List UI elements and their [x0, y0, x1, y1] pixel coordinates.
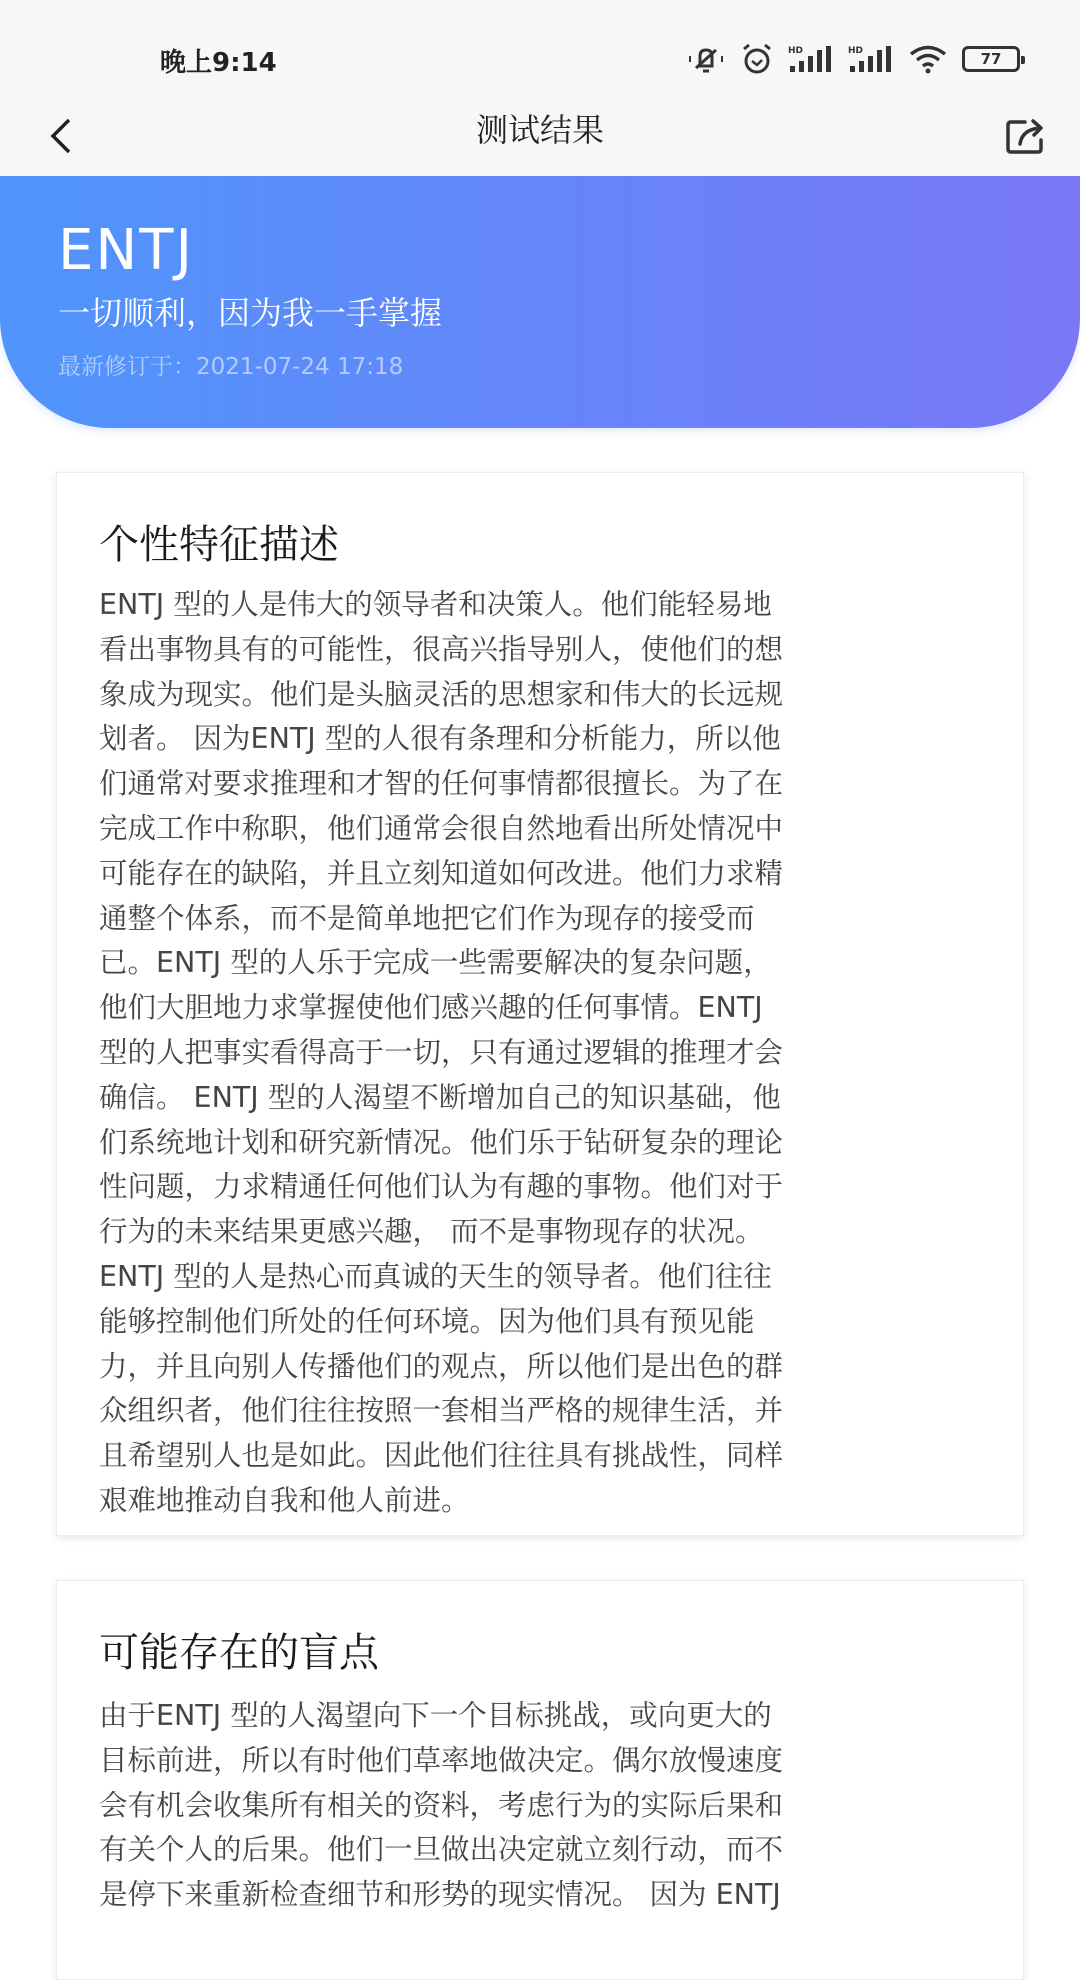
- text-line: 行为的未来结果更感兴趣， 而不是事物现存的状况。: [99, 1210, 989, 1255]
- text-line: 看出事物具有的可能性，很高兴指导别人，使他们的想: [99, 628, 989, 673]
- page-title: 测试结果: [0, 100, 1080, 176]
- text-line: ENTJ 型的人是伟大的领导者和决策人。他们能轻易地: [99, 583, 989, 628]
- text-line: 可能存在的缺陷，并且立刻知道如何改进。他们力求精: [99, 852, 989, 897]
- text-line: 有关个人的后果。他们一旦做出决定就立刻行动，而不: [99, 1828, 989, 1873]
- text-line: 力，并且向别人传播他们的观点，所以他们是出色的群: [99, 1345, 989, 1390]
- battery-icon: 77: [962, 46, 1020, 72]
- section-card-blind-spots: 可能存在的盲点 由于ENTJ 型的人渴望向下一个目标挑战，或向更大的 目标前进，…: [56, 1580, 1024, 1920]
- section-body: 由于ENTJ 型的人渴望向下一个目标挑战，或向更大的 目标前进，所以有时他们草率…: [99, 1694, 989, 1918]
- text-line: 们系统地计划和研究新情况。他们乐于钻研复杂的理论: [99, 1121, 989, 1166]
- share-icon: [1005, 116, 1051, 156]
- text-line: 艰难地推动自我和他人前进。: [99, 1479, 989, 1524]
- last-updated: 最新修订于：2021-07-24 17:18: [58, 348, 403, 381]
- text-line: 们通常对要求推理和才智的任何事情都很擅长。为了在: [99, 762, 989, 807]
- personality-motto: 一切顺利，因为我一手掌握: [58, 288, 442, 334]
- text-line: 由于ENTJ 型的人渴望向下一个目标挑战，或向更大的: [99, 1694, 989, 1739]
- hd-signal-icon-2: HD: [848, 44, 894, 74]
- text-line: 确信。 ENTJ 型的人渴望不断增加自己的知识基础，他: [99, 1076, 989, 1121]
- text-line: 已。ENTJ 型的人乐于完成一些需要解决的复杂问题，: [99, 941, 989, 986]
- text-line: 完成工作中称职，他们通常会很自然地看出所处情况中: [99, 807, 989, 852]
- section-card-traits: 个性特征描述 ENTJ 型的人是伟大的领导者和决策人。他们能轻易地 看出事物具有…: [56, 472, 1024, 1536]
- section-title: 可能存在的盲点: [99, 1621, 379, 1678]
- text-line: 且希望别人也是如此。因此他们往往具有挑战性，同样: [99, 1434, 989, 1479]
- hd-signal-icon: HD: [788, 44, 834, 74]
- result-hero-banner: ENTJ 一切顺利，因为我一手掌握 最新修订于：2021-07-24 17:18: [0, 176, 1080, 428]
- status-time: 晚上9:14: [160, 42, 277, 79]
- text-line: 划者。 因为ENTJ 型的人很有条理和分析能力，所以他: [99, 717, 989, 762]
- text-line: 能够控制他们所处的任何环境。因为他们具有预见能: [99, 1300, 989, 1345]
- status-bar: 晚上9:14 HD: [0, 0, 1080, 100]
- text-line: 众组织者，他们往往按照一套相当严格的规律生活，并: [99, 1389, 989, 1434]
- app-header: 测试结果: [0, 100, 1080, 176]
- mute-icon: [686, 44, 726, 74]
- text-line: 目标前进，所以有时他们草率地做决定。偶尔放慢速度: [99, 1739, 989, 1784]
- share-button[interactable]: [998, 106, 1058, 166]
- text-line: 他们大胆地力求掌握使他们感兴趣的任何事情。ENTJ: [99, 986, 989, 1031]
- wifi-icon: [908, 44, 948, 74]
- text-line: 通整个体系，而不是简单地把它们作为现存的接受而: [99, 897, 989, 942]
- text-line: 性问题，力求精通任何他们认为有趣的事物。他们对于: [99, 1165, 989, 1210]
- section-title: 个性特征描述: [99, 513, 339, 570]
- svg-text:HD: HD: [788, 46, 803, 56]
- text-line: 是停下来重新检查细节和形势的现实情况。 因为 ENTJ: [99, 1873, 989, 1918]
- personality-type: ENTJ: [58, 218, 194, 283]
- alarm-icon: [740, 43, 774, 75]
- section-body: ENTJ 型的人是伟大的领导者和决策人。他们能轻易地 看出事物具有的可能性，很高…: [99, 583, 989, 1524]
- text-line: 会有机会收集所有相关的资料，考虑行为的实际后果和: [99, 1784, 989, 1829]
- text-line: 型的人把事实看得高于一切，只有通过逻辑的推理才会: [99, 1031, 989, 1076]
- svg-text:HD: HD: [848, 46, 863, 56]
- status-icons: HD HD: [686, 42, 1020, 76]
- text-line: ENTJ 型的人是热心而真诚的天生的领导者。他们往往: [99, 1255, 989, 1300]
- text-line: 象成为现实。他们是头脑灵活的思想家和伟大的长远规: [99, 673, 989, 718]
